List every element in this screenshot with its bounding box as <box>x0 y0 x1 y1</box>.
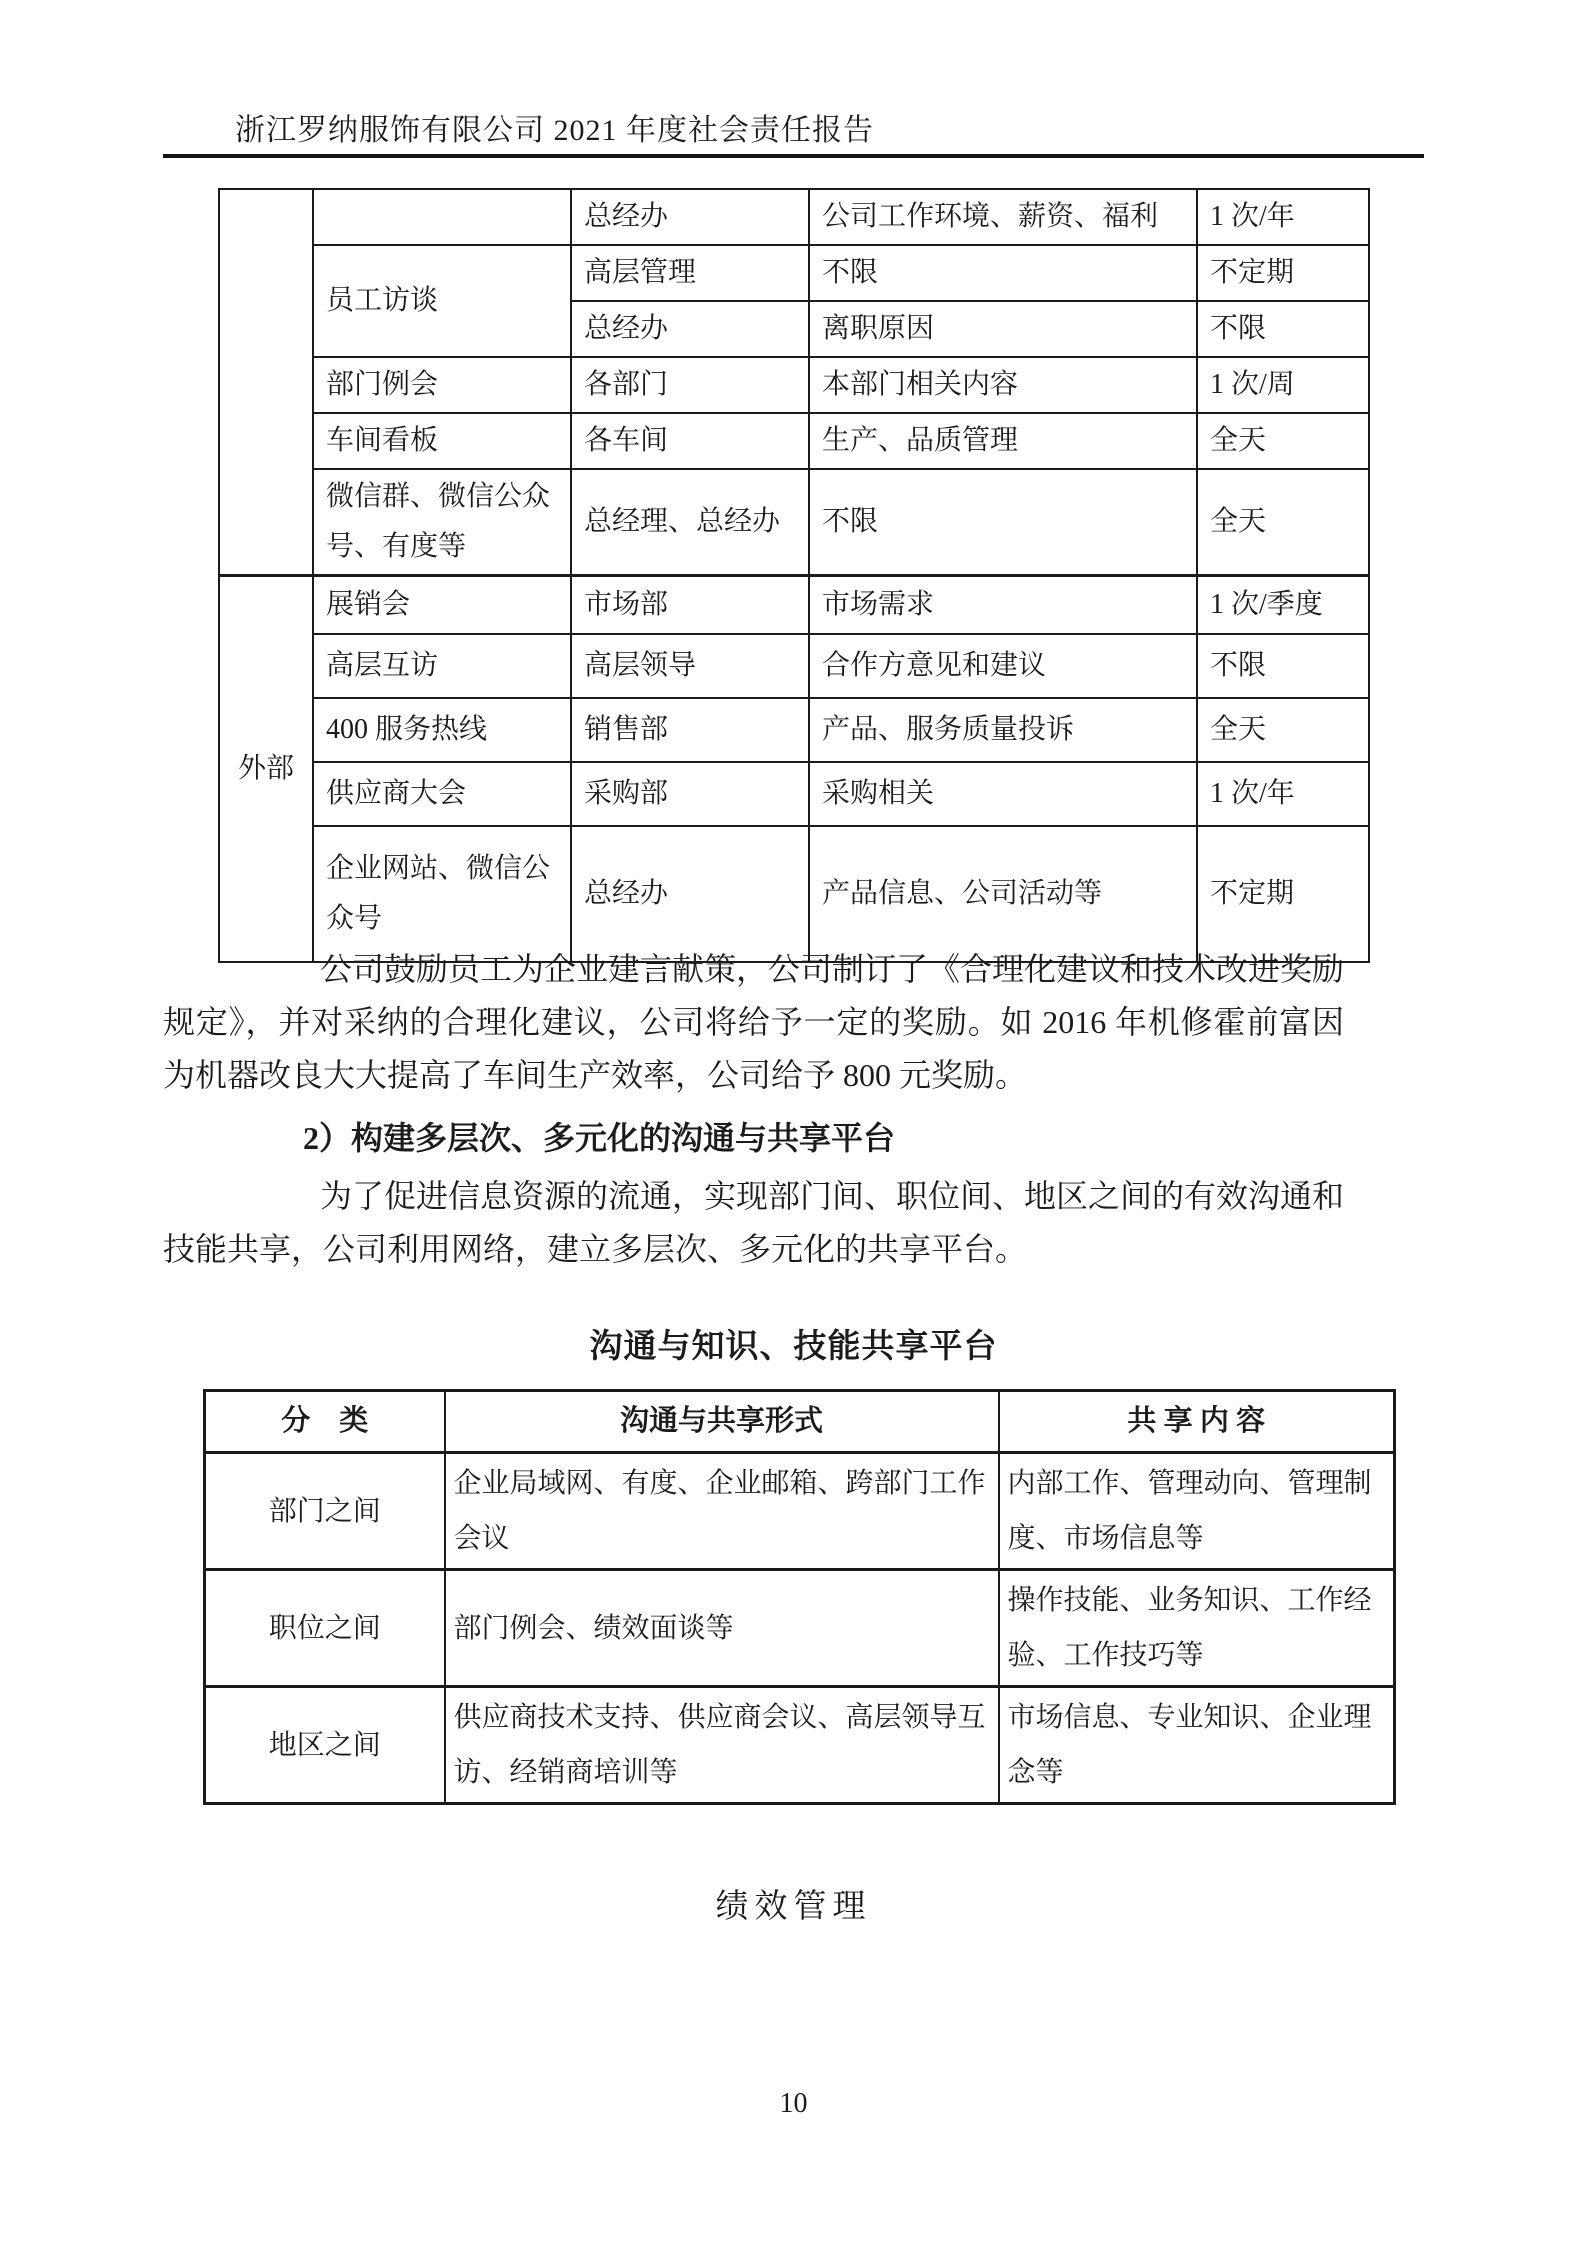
channel-cell: 高层互访 <box>313 634 571 698</box>
table-row: 车间看板 各车间 生产、品质管理 全天 <box>219 413 1369 469</box>
frequency-cell: 1 次/年 <box>1197 762 1369 826</box>
owner-cell: 总经办 <box>571 826 809 962</box>
owner-cell: 总经办 <box>571 301 809 357</box>
table-header-row: 分 类 沟通与共享形式 共 享 内 容 <box>205 1391 1395 1453</box>
frequency-cell: 1 次/季度 <box>1197 576 1369 634</box>
frequency-cell: 全天 <box>1197 413 1369 469</box>
owner-cell: 销售部 <box>571 698 809 762</box>
content-cell: 离职原因 <box>809 301 1197 357</box>
channel-cell: 微信群、微信公众号、有度等 <box>313 469 571 576</box>
next-section-title: 绩效管理 <box>163 1880 1424 1927</box>
table-row: 供应商大会 采购部 采购相关 1 次/年 <box>219 762 1369 826</box>
report-header-title: 浙江罗纳服饰有限公司 2021 年度社会责任报告 <box>235 112 874 150</box>
content-cell: 市场需求 <box>809 576 1197 634</box>
category-cell: 部门之间 <box>205 1453 445 1570</box>
table-row: 企业网站、微信公众号 总经办 产品信息、公司活动等 不定期 <box>219 826 1369 962</box>
frequency-cell: 1 次/周 <box>1197 357 1369 413</box>
channel-cell <box>313 189 571 245</box>
channel-cell: 员工访谈 <box>313 245 571 357</box>
channel-cell: 部门例会 <box>313 357 571 413</box>
channel-cell: 供应商大会 <box>313 762 571 826</box>
table-row: 外部 展销会 市场部 市场需求 1 次/季度 <box>219 576 1369 634</box>
owner-cell: 高层领导 <box>571 634 809 698</box>
column-header-content: 共 享 内 容 <box>999 1391 1395 1453</box>
category-cell-internal <box>219 189 313 576</box>
content-cell: 操作技能、业务知识、工作经验、工作技巧等 <box>999 1570 1395 1687</box>
table-row: 部门例会 各部门 本部门相关内容 1 次/周 <box>219 357 1369 413</box>
table-row: 员工访谈 高层管理 不限 不定期 <box>219 245 1369 301</box>
content-cell: 本部门相关内容 <box>809 357 1197 413</box>
document-page: 浙江罗纳服饰有限公司 2021 年度社会责任报告 总经办 公司工作环境、薪资、福… <box>0 0 1587 2245</box>
table-row: 高层互访 高层领导 合作方意见和建议 不限 <box>219 634 1369 698</box>
forms-cell: 企业局域网、有度、企业邮箱、跨部门工作会议 <box>445 1453 999 1570</box>
owner-cell: 总经理、总经办 <box>571 469 809 576</box>
frequency-cell: 全天 <box>1197 698 1369 762</box>
owner-cell: 各车间 <box>571 413 809 469</box>
content-cell: 公司工作环境、薪资、福利 <box>809 189 1197 245</box>
owner-cell: 各部门 <box>571 357 809 413</box>
table-row: 地区之间 供应商技术支持、供应商会议、高层领导互访、经销商培训等 市场信息、专业… <box>205 1687 1395 1804</box>
category-cell: 地区之间 <box>205 1687 445 1804</box>
frequency-cell: 不限 <box>1197 301 1369 357</box>
content-cell: 采购相关 <box>809 762 1197 826</box>
content-cell: 内部工作、管理动向、管理制度、市场信息等 <box>999 1453 1395 1570</box>
content-cell: 合作方意见和建议 <box>809 634 1197 698</box>
owner-cell: 采购部 <box>571 762 809 826</box>
owner-cell: 总经办 <box>571 189 809 245</box>
category-cell-external: 外部 <box>219 576 313 962</box>
owner-cell: 高层管理 <box>571 245 809 301</box>
channel-cell: 企业网站、微信公众号 <box>313 826 571 962</box>
channel-cell: 展销会 <box>313 576 571 634</box>
table-row: 总经办 公司工作环境、薪资、福利 1 次/年 <box>219 189 1369 245</box>
forms-cell: 供应商技术支持、供应商会议、高层领导互访、经销商培训等 <box>445 1687 999 1804</box>
content-cell: 不限 <box>809 469 1197 576</box>
frequency-cell: 不限 <box>1197 634 1369 698</box>
frequency-cell: 不定期 <box>1197 245 1369 301</box>
content-cell: 产品信息、公司活动等 <box>809 826 1197 962</box>
table-row: 400 服务热线 销售部 产品、服务质量投诉 全天 <box>219 698 1369 762</box>
paragraph-incentive: 公司鼓励员工为企业建言献策，公司制订了《合理化建议和技术改进奖励规定》，并对采纳… <box>163 943 1344 1102</box>
category-cell: 职位之间 <box>205 1570 445 1687</box>
subsection-heading: 2）构建多层次、多元化的沟通与共享平台 <box>303 1116 895 1160</box>
content-cell: 生产、品质管理 <box>809 413 1197 469</box>
column-header-forms: 沟通与共享形式 <box>445 1391 999 1453</box>
table-row: 微信群、微信公众号、有度等 总经理、总经办 不限 全天 <box>219 469 1369 576</box>
sharing-platform-table: 分 类 沟通与共享形式 共 享 内 容 部门之间 企业局域网、有度、企业邮箱、跨… <box>203 1389 1396 1805</box>
owner-cell: 市场部 <box>571 576 809 634</box>
table-row: 职位之间 部门例会、绩效面谈等 操作技能、业务知识、工作经验、工作技巧等 <box>205 1570 1395 1687</box>
header-rule <box>163 154 1424 158</box>
sharing-platform-table-title: 沟通与知识、技能共享平台 <box>163 1320 1424 1367</box>
column-header-category: 分 类 <box>205 1391 445 1453</box>
channel-cell: 400 服务热线 <box>313 698 571 762</box>
frequency-cell: 全天 <box>1197 469 1369 576</box>
table-row: 部门之间 企业局域网、有度、企业邮箱、跨部门工作会议 内部工作、管理动向、管理制… <box>205 1453 1395 1570</box>
channel-cell: 车间看板 <box>313 413 571 469</box>
frequency-cell: 不定期 <box>1197 826 1369 962</box>
communication-channels-table: 总经办 公司工作环境、薪资、福利 1 次/年 员工访谈 高层管理 不限 不定期 … <box>218 188 1370 963</box>
page-number: 10 <box>163 2088 1424 2120</box>
paragraph-platform: 为了促进信息资源的流通，实现部门间、职位间、地区之间的有效沟通和技能共享，公司利… <box>163 1170 1344 1276</box>
content-cell: 产品、服务质量投诉 <box>809 698 1197 762</box>
content-cell: 不限 <box>809 245 1197 301</box>
frequency-cell: 1 次/年 <box>1197 189 1369 245</box>
forms-cell: 部门例会、绩效面谈等 <box>445 1570 999 1687</box>
content-cell: 市场信息、专业知识、企业理念等 <box>999 1687 1395 1804</box>
